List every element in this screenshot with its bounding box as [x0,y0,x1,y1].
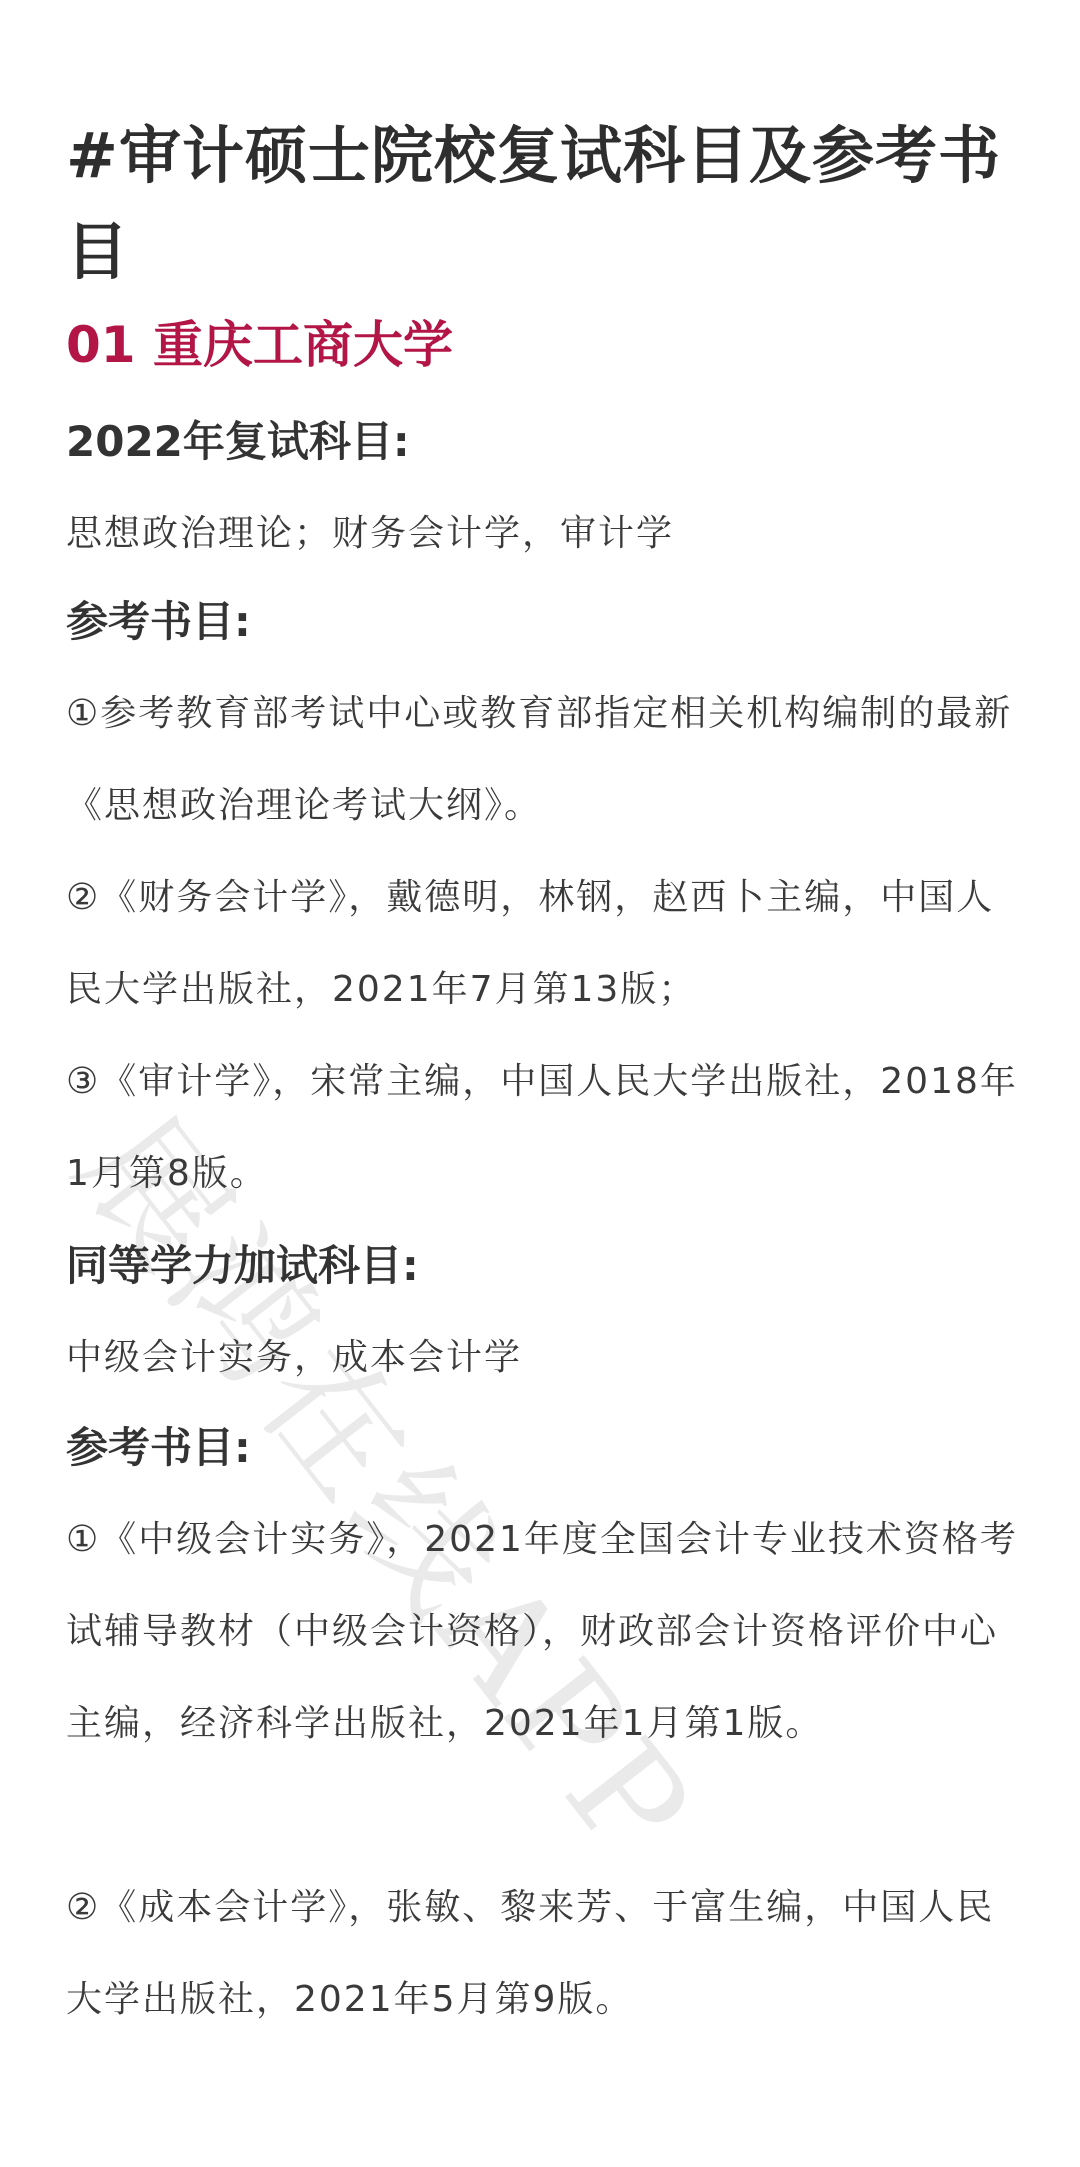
reference-book-item: ②《财务会计学》，戴德明，林钢，赵西卜主编，中国人民大学出版社，2021年7月第… [66,852,1026,1036]
reference-book-item: ②《成本会计学》，张敏、黎来芳、于富生编，中国人民大学出版社，2021年5月第9… [66,1862,1026,2046]
retest-subjects-label: 2022年复试科目: [66,412,410,472]
school-heading: 01 重庆工商大学 [66,310,453,380]
reference-book-item: ③《审计学》，宋常主编，中国人民大学出版社，2018年1月第8版。 [66,1036,1026,1220]
retest-subjects-text: 思想政治理论；财务会计学，审计学 [66,488,1026,580]
equivalent-subjects-text: 中级会计实务，成本会计学 [66,1312,1026,1404]
reference-book-item: ①参考教育部考试中心或教育部指定相关机构编制的最新《思想政治理论考试大纲》。 [66,668,1026,852]
reference-books-label: 参考书目: [66,1418,251,1478]
equivalent-subjects-label: 同等学力加试科目: [66,1236,419,1296]
reference-book-item: ①《中级会计实务》，2021年度全国会计专业技术资格考试辅导教材（中级会计资格）… [66,1494,1026,1770]
page-title: #审计硕士院校复试科目及参考书目 [66,108,1026,300]
reference-books-label: 参考书目: [66,592,251,652]
